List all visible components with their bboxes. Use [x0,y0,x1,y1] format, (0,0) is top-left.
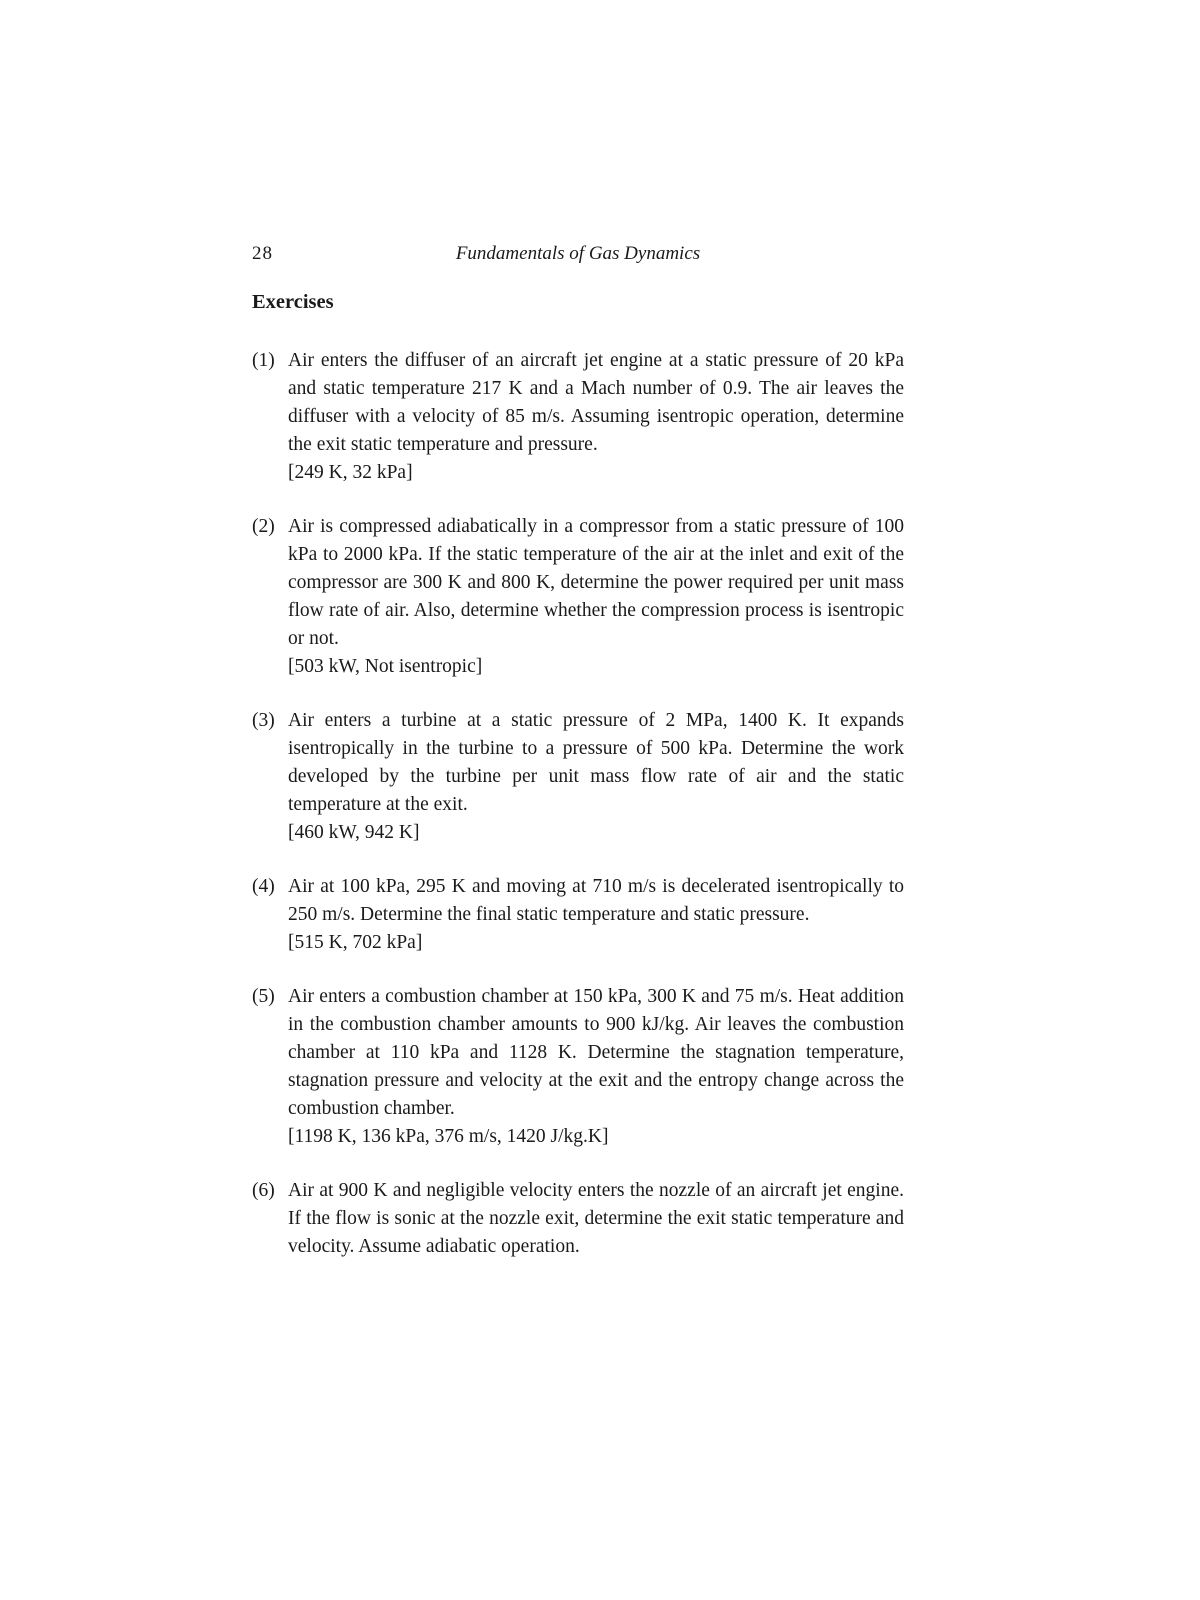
exercise-number: (3) [252,707,288,847]
exercise-item-1: (1) Air enters the diffuser of an aircra… [252,347,904,487]
page-content: 28 Fundamentals of Gas Dynamics Exercise… [252,240,904,1261]
exercise-question: Air enters the diffuser of an aircraft j… [288,347,904,459]
exercise-answer: [249 K, 32 kPa] [288,459,904,487]
book-page: 28 Fundamentals of Gas Dynamics Exercise… [0,0,1200,1600]
exercise-item-3: (3) Air enters a turbine at a static pre… [252,707,904,847]
exercise-item-6: (6) Air at 900 K and negligible velocity… [252,1177,904,1261]
exercise-number: (2) [252,513,288,681]
exercise-body: Air at 100 kPa, 295 K and moving at 710 … [288,873,904,957]
exercise-question: Air at 100 kPa, 295 K and moving at 710 … [288,873,904,929]
exercise-body: Air enters the diffuser of an aircraft j… [288,347,904,487]
running-title: Fundamentals of Gas Dynamics [252,240,904,268]
exercise-item-4: (4) Air at 100 kPa, 295 K and moving at … [252,873,904,957]
exercise-answer: [460 kW, 942 K] [288,819,904,847]
exercise-question: Air enters a combustion chamber at 150 k… [288,983,904,1123]
running-head: 28 Fundamentals of Gas Dynamics [252,240,904,268]
exercise-list: (1) Air enters the diffuser of an aircra… [252,347,904,1261]
exercise-answer: [503 kW, Not isentropic] [288,653,904,681]
exercise-body: Air enters a turbine at a static pressur… [288,707,904,847]
exercise-body: Air is compressed adiabatically in a com… [288,513,904,681]
exercise-answer: [515 K, 702 kPa] [288,929,904,957]
exercise-question: Air at 900 K and negligible velocity ent… [288,1177,904,1261]
exercise-number: (5) [252,983,288,1151]
exercise-body: Air at 900 K and negligible velocity ent… [288,1177,904,1261]
exercise-item-5: (5) Air enters a combustion chamber at 1… [252,983,904,1151]
exercise-question: Air enters a turbine at a static pressur… [288,707,904,819]
exercise-item-2: (2) Air is compressed adiabatically in a… [252,513,904,681]
exercise-body: Air enters a combustion chamber at 150 k… [288,983,904,1151]
exercise-number: (1) [252,347,288,487]
exercise-number: (6) [252,1177,288,1261]
exercise-answer: [1198 K, 136 kPa, 376 m/s, 1420 J/kg.K] [288,1123,904,1151]
section-heading-exercises: Exercises [252,288,904,316]
exercise-number: (4) [252,873,288,957]
exercise-question: Air is compressed adiabatically in a com… [288,513,904,653]
